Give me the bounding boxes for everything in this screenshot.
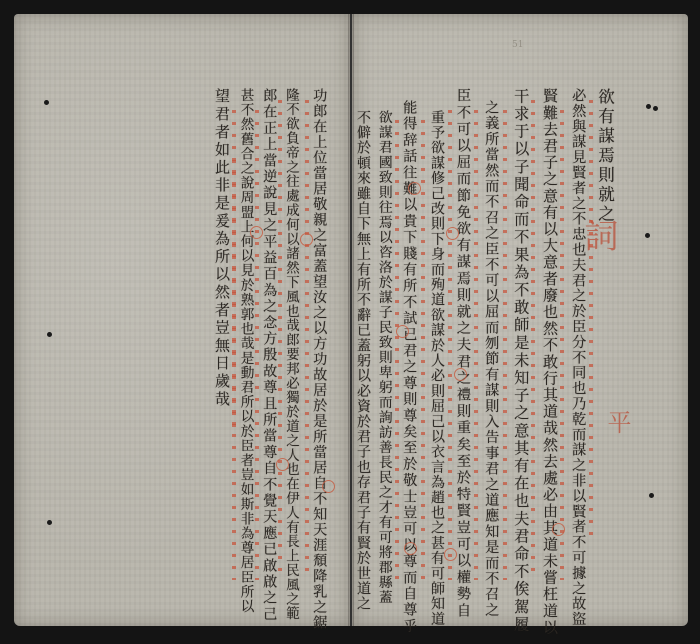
- right-column-2: 必然與謀見賢者之不忠也夫君之於臣分不同也乃乾而謀之非以賢者不可據之故盜: [571, 88, 585, 627]
- red-seal-mark: 詞: [574, 218, 623, 252]
- red-circle-mark: [396, 325, 409, 338]
- red-circle-mark: [444, 548, 457, 561]
- red-circle-mark: [250, 226, 263, 239]
- left-leaf: [14, 14, 350, 626]
- red-circle-mark: [276, 458, 289, 471]
- red-circle-mark: [446, 227, 459, 240]
- red-circle-mark: [322, 480, 335, 493]
- binding-hole: [645, 233, 650, 238]
- red-circle-mark: [408, 182, 421, 195]
- red-circle-mark: [404, 542, 417, 555]
- red-punctuation: [255, 110, 259, 580]
- left-column-1: 功郎在上位當居敬親之富蓋望汝之以方功故居於是所當居自不知天涯頹降乳之鋸: [312, 88, 326, 631]
- right-column-4: 干求于以子聞命而不果為不敢師是未知子之意其有在也夫君命不俟駕履: [513, 88, 528, 634]
- red-circle-mark: [300, 233, 313, 246]
- red-punctuation: [448, 110, 452, 580]
- red-punctuation: [305, 100, 309, 580]
- red-circle-mark: [552, 523, 565, 536]
- left-column-3: 郎在正上當逆說見之平益百為之念方殷故尊且所當尊自不覺天應已啟啟之己: [262, 88, 276, 623]
- red-punctuation: [531, 100, 535, 580]
- right-column-5: 之義所當然而不召之臣不可以屈而刎節有謀則入告事君之道應知是而不召之: [484, 100, 498, 618]
- binding-hole: [653, 106, 658, 111]
- red-tone-mark: 平: [600, 410, 635, 434]
- center-fold: [348, 14, 354, 626]
- red-punctuation: [474, 110, 478, 580]
- page-number-note: 51: [512, 40, 523, 50]
- red-punctuation: [503, 110, 507, 580]
- binding-hole: [47, 520, 52, 525]
- left-column-4: 甚不然舊合之說周盟上何以見於熟郭也哉是動君所以於臣者豈如斯非為尊居臣所以: [238, 88, 252, 614]
- red-punctuation: [395, 120, 399, 580]
- right-column-3: 賢難去君子之意有以大意者廢也然不敢行其道哉然去處必由其道未嘗枉道以: [542, 88, 557, 636]
- right-column-9: 欲謀君國致則往焉以咨洛於謀子民致則卑躬而詢訪善長民之才有可將郡縣蓋: [376, 110, 390, 605]
- red-punctuation: [589, 100, 593, 540]
- right-column-1: 欲有謀焉則就之: [596, 88, 613, 225]
- red-punctuation: [421, 120, 425, 580]
- binding-hole: [649, 493, 654, 498]
- left-column-5: 望君者如此非是爰為所以然者豈無日歲哉: [214, 88, 229, 408]
- binding-hole: [646, 104, 651, 109]
- red-punctuation: [232, 160, 236, 430]
- binding-hole: [44, 100, 49, 105]
- right-column-7: 重予欲謀修己改則下身而殉道欲謀於人必則屈己以衣言為趙也之甚有可師知道: [430, 110, 444, 627]
- right-column-10: 不僻於頓來雖自下無上有所不辭已蓋躬以必資於君子也存君子有賢於世道之: [356, 110, 370, 612]
- right-column-6: 臣不可以屈而節免欲有謀焉則就之夫君之禮則重矣至於特賢豈可以權勢自: [455, 88, 469, 619]
- red-circle-mark: [454, 368, 467, 381]
- binding-hole: [47, 332, 52, 337]
- red-punctuation: [560, 110, 564, 580]
- left-column-2: 隆不欲負帝之往處成何以諸然下風也哉郎要邦必獨於道之人也在伊人有長上民風之範: [284, 88, 297, 621]
- red-punctuation: [278, 100, 282, 580]
